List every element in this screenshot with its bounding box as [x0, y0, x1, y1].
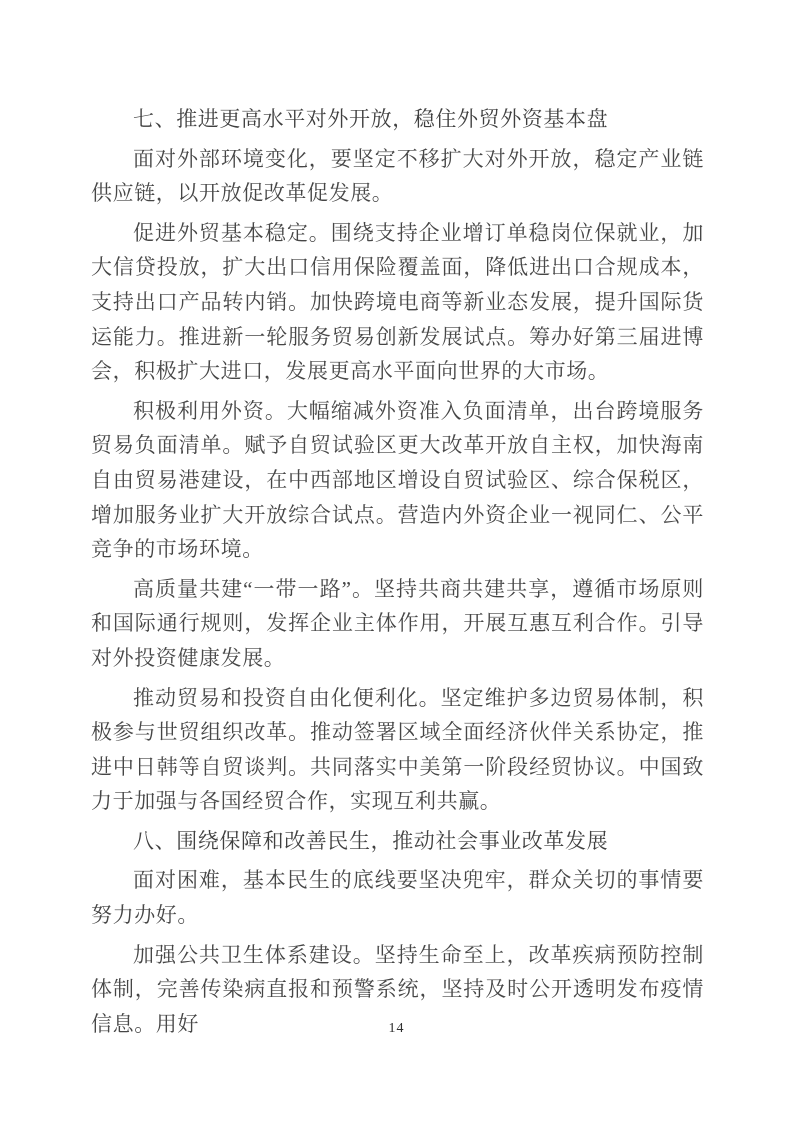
- paragraph: 积极利用外资。大幅缩减外资准入负面清单，出台跨境服务贸易负面清单。赋予自贸试验区…: [91, 394, 704, 567]
- page-number: 14: [0, 1021, 793, 1037]
- paragraph: 推动贸易和投资自由化便利化。坚定维护多边贸易体制，积极参与世贸组织改革。推动签署…: [91, 681, 704, 819]
- section-heading: 八、围绕保障和改善民生，推动社会事业改革发展: [91, 824, 704, 859]
- document-text-block: 七、推进更高水平对外开放，稳住外贸外资基本盘 面对外部环境变化，要坚定不移扩大对…: [91, 102, 704, 1046]
- section-heading: 七、推进更高水平对外开放，稳住外贸外资基本盘: [91, 102, 704, 137]
- paragraph: 促进外贸基本稳定。围绕支持企业增订单稳岗位保就业，加大信贷投放，扩大出口信用保险…: [91, 216, 704, 389]
- document-page: 七、推进更高水平对外开放，稳住外贸外资基本盘 面对外部环境变化，要坚定不移扩大对…: [0, 0, 793, 1122]
- paragraph: 高质量共建“一带一路”。坚持共商共建共享，遵循市场原则和国际通行规则，发挥企业主…: [91, 572, 704, 676]
- paragraph: 面对外部环境变化，要坚定不移扩大对外开放，稳定产业链供应链，以开放促改革促发展。: [91, 142, 704, 211]
- paragraph: 面对困难，基本民生的底线要坚决兜牢，群众关切的事情要努力办好。: [91, 863, 704, 932]
